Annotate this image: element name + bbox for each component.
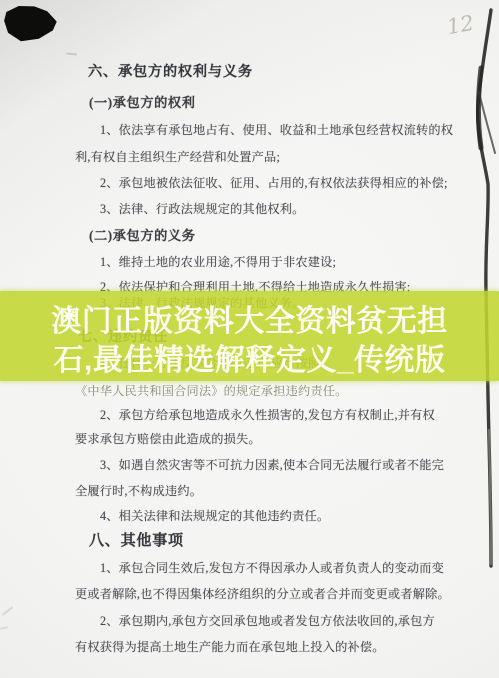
promo-line-2: 石,最佳精选解释定义_传统版 xyxy=(0,341,499,380)
document-photo: 12 六、承包方的权利与义务 (一)承包方的权利 1、依法享有承包地占有、使用、… xyxy=(0,0,499,678)
promo-overlay-text: 澳门正版资料大全资料贫无担 石,最佳精选解释定义_传统版 xyxy=(0,291,499,381)
promo-line-1: 澳门正版资料大全资料贫无担 xyxy=(0,302,499,341)
